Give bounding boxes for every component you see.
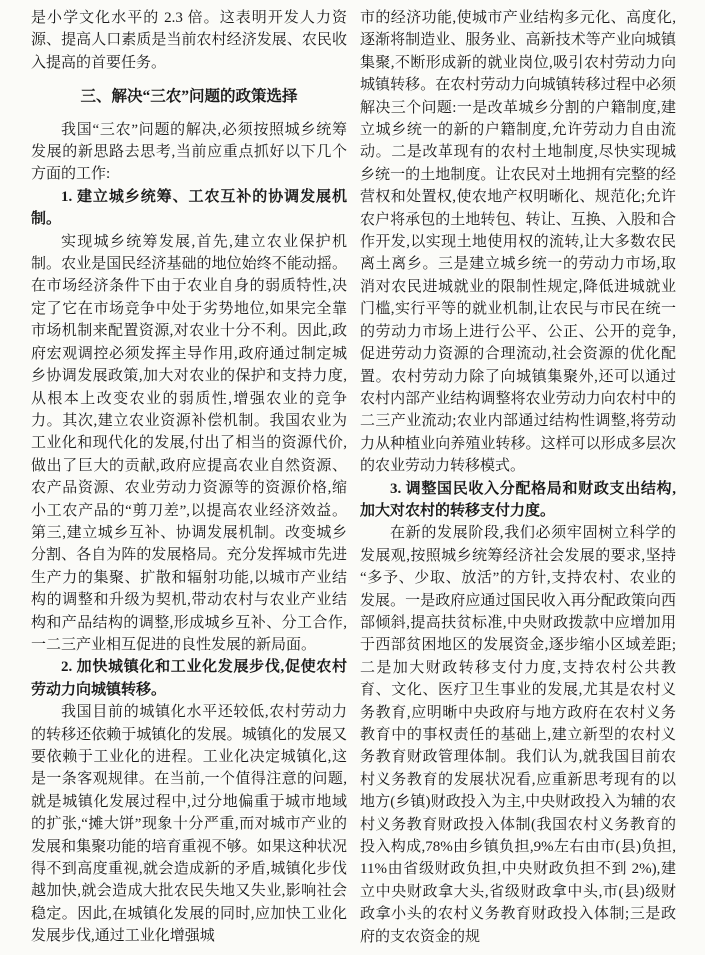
scanned-document-page: 是小学文化水平的 2.3 倍。这表明开发人力资源、提高人口素质是当前农村经济发展…	[0, 0, 705, 955]
numbered-subheading: 3. 调整国民收入分配格局和财政支出结构,加大对农村的转移支付力度。	[360, 478, 676, 523]
body-paragraph: 我国目前的城镇化水平还较低,农村劳动力的转移还依赖于城镇化的发展。城镇化的发展又…	[31, 701, 347, 947]
text-column-right: 市的经济功能,使城市产业结构多元化、高度化,逐渐将制造业、服务业、高新技术等产业…	[360, 7, 676, 955]
body-paragraph: 市的经济功能,使城市产业结构多元化、高度化,逐渐将制造业、服务业、高新技术等产业…	[360, 7, 676, 478]
body-paragraph: 是小学文化水平的 2.3 倍。这表明开发人力资源、提高人口素质是当前农村经济发展…	[31, 7, 347, 74]
section-heading: 三、解决“三农”问题的政策选择	[31, 86, 347, 108]
body-paragraph: 我国“三农”问题的解决,必须按照城乡统筹发展的新思路去思考,当前应重点抓好以下几…	[31, 119, 347, 186]
numbered-subheading: 2. 加快城镇化和工业化发展步伐,促使农村劳动力向城镇转移。	[31, 656, 347, 701]
text-column-left: 是小学文化水平的 2.3 倍。这表明开发人力资源、提高人口素质是当前农村经济发展…	[31, 7, 347, 955]
two-column-text-area: 是小学文化水平的 2.3 倍。这表明开发人力资源、提高人口素质是当前农村经济发展…	[31, 7, 676, 955]
body-paragraph: 实现城乡统筹发展,首先,建立农业保护机制。农业是国民经济基础的地位始终不能动摇。…	[31, 231, 347, 657]
body-paragraph: 在新的发展阶段,我们必须牢固树立科学的发展观,按照城乡统筹经济社会发展的要求,坚…	[360, 522, 676, 948]
numbered-subheading: 1. 建立城乡统筹、工农互补的协调发展机制。	[31, 186, 347, 231]
